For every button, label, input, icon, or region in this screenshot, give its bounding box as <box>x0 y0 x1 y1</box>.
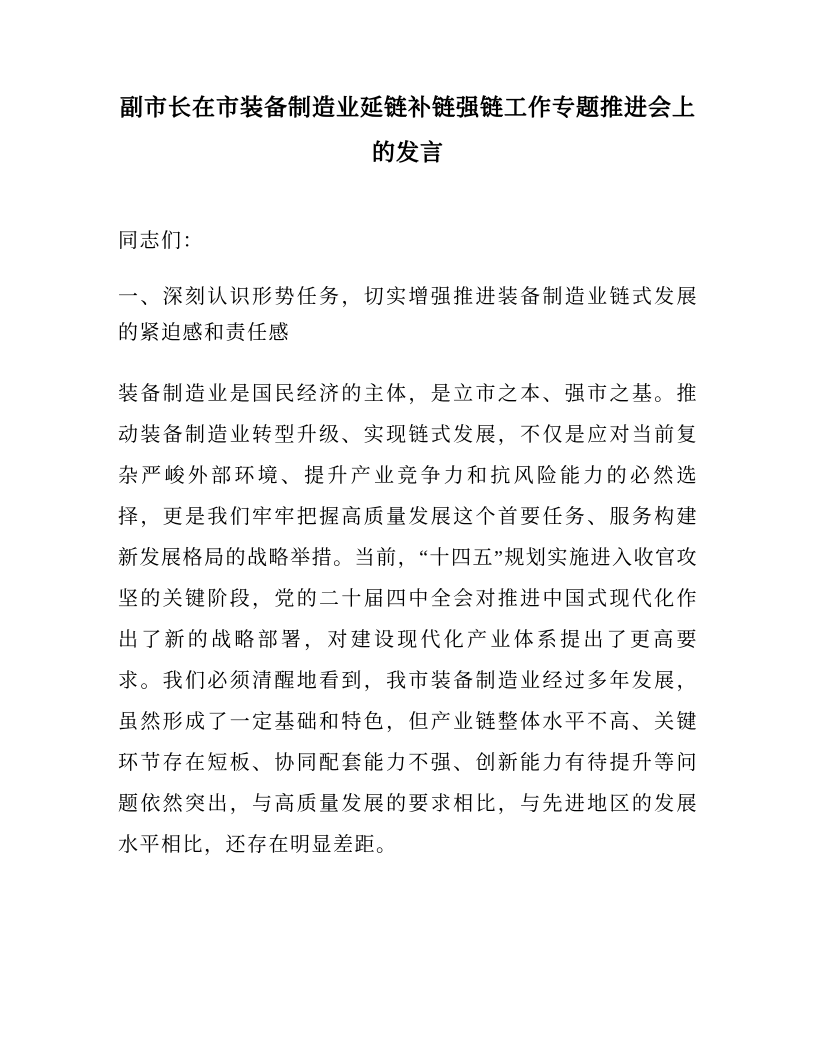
salutation: 同志们： <box>118 221 698 262</box>
body-paragraph: 装备制造业是国民经济的主体，是立市之本、强市之基。推动装备制造业转型升级、实现链… <box>118 374 698 866</box>
document-content: 副市长在市装备制造业延链补链强链工作专题推进会上的发言 同志们： 一、深刻认识形… <box>0 0 816 1056</box>
document-page: 副市长在市装备制造业延链补链强链工作专题推进会上的发言 同志们： 一、深刻认识形… <box>0 0 816 1056</box>
section-heading: 一、深刻认识形势任务，切实增强推进装备制造业链式发展的紧迫感和责任感 <box>118 279 698 351</box>
document-title: 副市长在市装备制造业延链补链强链工作专题推进会上的发言 <box>118 0 698 175</box>
